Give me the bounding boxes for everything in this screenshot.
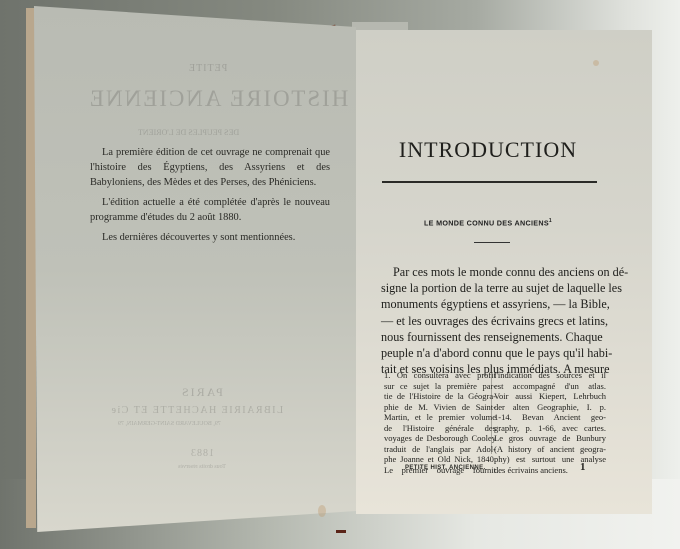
bleed-city: PARIS (180, 385, 223, 400)
footnote-line: l'indication des sources et il (494, 370, 606, 381)
notice-paragraph: La première édition de cet ouvrage ne co… (90, 145, 330, 190)
footnote-line: 1. On consultera avec profit (384, 370, 496, 381)
bleed-subtitle: DES PEUPLES DE L'ORIENT (138, 128, 239, 137)
bookmark-ribbon-end (336, 530, 346, 533)
footnote-line: phie de M. Vivien de Saint- (384, 402, 496, 413)
footnote-divider (491, 372, 492, 454)
bleed-rights: Tous droits réservés (178, 464, 226, 470)
bleed-publisher: LIBRAIRIE HACHETTE ET Cie (110, 405, 283, 416)
signature-mark: PETITE HIST. ANCIENNE. (405, 465, 486, 471)
footnote-line: voyages de Desborough Cooley (384, 433, 496, 444)
footnote-line: Martin, et le premier volume (384, 412, 496, 423)
footnote-line: (A history of ancient geogra- (494, 444, 606, 455)
foxing-spot (593, 60, 599, 66)
footnote-line: est accompagné d'un atlas. (494, 381, 606, 392)
footnote-line: tie de l'Histoire de la Géogra- (384, 391, 496, 402)
bleed-petite: PETITE (188, 63, 227, 74)
body-line: signe la portion de la terre au sujet de… (381, 280, 599, 296)
body-line: peuple n'a d'abord connu que le pays qu'… (381, 345, 599, 361)
chapter-title: INTRODUCTION (380, 137, 596, 163)
section-title: LE MONDE CONNU DES ANCIENS1 (380, 218, 596, 227)
footnote-column-right: l'indication des sources et il est accom… (494, 370, 606, 475)
foxing-spot (318, 505, 326, 517)
page-number: 1 (580, 461, 586, 473)
footnote-line: Voir aussi Kiepert, Lehrbuch (494, 391, 606, 402)
notice-paragraph: Les dernières découvertes y sont mention… (90, 230, 330, 245)
bleed-address: 79, BOULEVARD SAINT-GERMAIN, 79 (118, 421, 221, 427)
footnote-line: phy) est surtout une analyse (494, 454, 606, 465)
footnote-mark: 1 (549, 218, 552, 224)
footnote-line: 1-14. Bevan Ancient geo- (494, 412, 606, 423)
body-line: — et les ouvrages des écrivains grecs et… (381, 313, 599, 329)
footnote-line: traduit de l'anglais par Adol- (384, 444, 496, 455)
title-rule (382, 181, 597, 183)
footnote-line: des écrivains anciens. (494, 465, 606, 476)
body-line: Par ces mots le monde connu des anciens … (381, 264, 599, 280)
footnote-line: de l'Histoire générale des (384, 423, 496, 434)
footnote-line: Le gros ouvrage de Bunbury (494, 433, 606, 444)
body-line: nous fournissent des renseignements. Cha… (381, 329, 599, 345)
bleed-title: HISTOIRE ANCIENNE (88, 86, 348, 112)
section-title-text: LE MONDE CONNU DES ANCIENS (424, 218, 549, 227)
footnote-line: sur ce sujet la première par- (384, 381, 496, 392)
footnote-line: der alten Geographie, I. p. (494, 402, 606, 413)
body-line: monuments égyptiens et assyriens, — la B… (381, 296, 599, 312)
edition-notice: La première édition de cet ouvrage ne co… (90, 145, 330, 250)
footnote-line: phe Joanne et Old Nick, 1840. (384, 454, 496, 465)
notice-paragraph: L'édition actuelle a été complétée d'apr… (90, 195, 330, 225)
bleed-year: 1883 (190, 448, 214, 459)
section-rule (474, 242, 510, 243)
body-paragraph: Par ces mots le monde connu des anciens … (381, 264, 599, 377)
footnote-column-left: 1. On consultera avec profit sur ce suje… (384, 370, 496, 475)
footnote-line: graphy, p. 1-66, avec cartes. (494, 423, 606, 434)
